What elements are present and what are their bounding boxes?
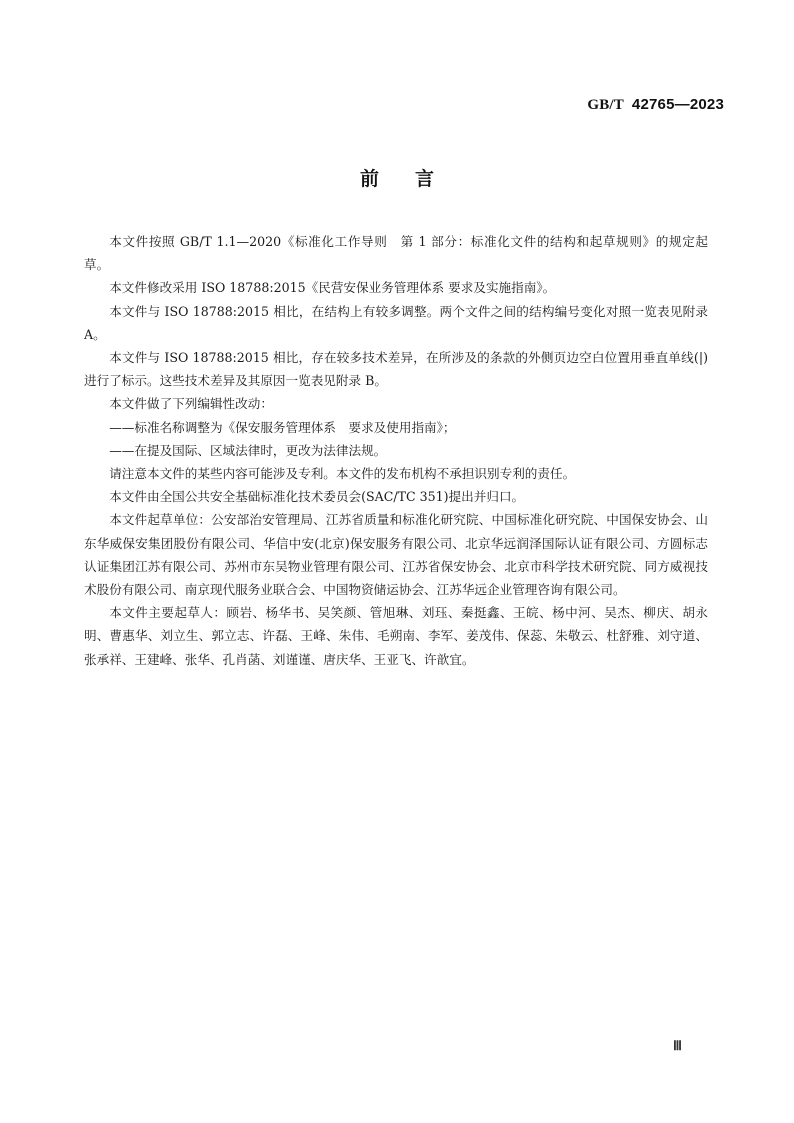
standard-number: GB/T 42765—2023 [587,96,724,114]
page-number: Ⅲ [673,1038,682,1054]
paragraph-proposer: 本文件由全国公共安全基础标准化技术委员会(SAC/TC 351)提出并归口。 [84,485,708,508]
foreword-body: 本文件按照 GB/T 1.1—2020《标准化工作导则 第 1 部分：标准化文件… [84,230,708,671]
standard-code: 42765—2023 [632,96,724,113]
list-item-title-change: ——标准名称调整为《保安服务管理体系 要求及使用指南》； [84,416,708,439]
paragraph-drafters: 本文件主要起草人：顾岩、杨华书、吴笑颜、管旭琳、刘珏、秦挺鑫、王皖、杨中河、吴杰… [84,601,708,671]
page-title: 前言 [0,164,794,191]
paragraph-drafting-rules: 本文件按照 GB/T 1.1—2020《标准化工作导则 第 1 部分：标准化文件… [84,230,708,276]
paragraph-adoption: 本文件修改采用 ISO 18788:2015《民营安保业务管理体系 要求及实施指… [84,276,708,299]
paragraph-editorial-changes: 本文件做了下列编辑性改动： [84,392,708,415]
paragraph-structure-changes: 本文件与 ISO 18788:2015 相比，在结构上有较多调整。两个文件之间的… [84,300,708,346]
paragraph-drafting-organizations: 本文件起草单位：公安部治安管理局、江苏省质量和标准化研究院、中国标准化研究院、中… [84,508,708,601]
paragraph-technical-differences: 本文件与 ISO 18788:2015 相比，存在较多技术差异，在所涉及的条款的… [84,346,708,392]
list-item-law-change: ——在提及国际、区域法律时，更改为法律法规。 [84,439,708,462]
paragraph-patent-notice: 请注意本文件的某些内容可能涉及专利。本文件的发布机构不承担识别专利的责任。 [84,462,708,485]
standard-prefix: GB/T [587,97,624,113]
